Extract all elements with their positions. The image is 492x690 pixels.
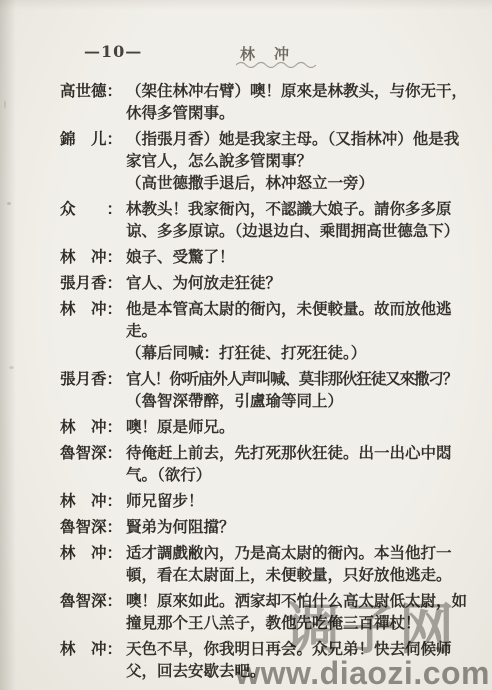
speaker-name: 張月香： (60, 272, 126, 294)
speaker-name: 魯智深： (60, 442, 126, 486)
speaker-name: 林 冲： (60, 542, 126, 586)
dialogue-lines: 娘子、受驚了！ (126, 246, 468, 268)
dialogue-line: 天色不早，你我明日再会。众兄弟！快去伺候师 (126, 638, 468, 660)
dialogue-line: （魯智深帶醉，引盧瑜等同上） (126, 390, 468, 412)
dialogue-lines: 他是本管高太尉的衙內，未便較量。故而放他逃走。（幕后同喊：打狂徒、打死狂徒。） (126, 298, 468, 364)
dialogue-line: （架住林冲右臂）噢！原來是林教头，与你无干， (126, 80, 468, 102)
scan-speck (4, 100, 6, 109)
dialogue-line: 待俺赶上前去，先打死那伙狂徒。出一出心中悶 (126, 442, 468, 464)
script-body: 高世德： （架住林冲右臂）噢！原來是林教头，与你无干，休得多管閑事。 錦 儿： … (60, 80, 468, 686)
dialogue-line: 林教头！我家衙內，不認識大娘子。請你多多原 (126, 198, 468, 220)
dialogue-entry: 林 冲： 噢！原是师兄。 (60, 416, 468, 438)
dialogue-line: （幕后同喊：打狂徒、打死狂徒。） (126, 342, 468, 364)
page-header: —10— 林 冲 (0, 40, 492, 70)
speaker-name: 魯智深： (60, 516, 126, 538)
dialogue-line: 娘子、受驚了！ (126, 246, 468, 268)
dialogue-lines: 林教头！我家衙內，不認識大娘子。請你多多原谅、多多原谅。（边退边白、乘間拥高世德… (126, 198, 468, 242)
page-edge-shadow (0, 0, 492, 10)
page-title: 林 冲 (240, 43, 291, 64)
speaker-name: 林 冲： (60, 416, 126, 438)
dialogue-line: （指張月香）她是我家主母。（又指林冲）他是我 (126, 128, 468, 150)
dialogue-lines: 噢！原來如此。洒家却不怕什么高太尉低太尉，如撞見那个王八羔子，教他先吃俺三百禪杖… (126, 590, 468, 634)
dialogue-lines: 官人！你听庙外人声叫喊、莫非那伙狂徒又來撒刁？（魯智深帶醉，引盧瑜等同上） (126, 368, 468, 412)
speaker-name: 高世德： (60, 80, 126, 124)
dialogue-lines: 官人、为何放走狂徒？ (126, 272, 468, 294)
dialogue-lines: 待俺赶上前去，先打死那伙狂徒。出一出心中悶气。（欲行） (126, 442, 468, 486)
dialogue-lines: 噢！原是师兄。 (126, 416, 468, 438)
dialogue-entry: 張月香： 官人、为何放走狂徒？ (60, 272, 468, 294)
scan-speck (9, 366, 14, 369)
speaker-name: 錦 儿： (60, 128, 126, 194)
dialogue-entry: 魯智深： 待俺赶上前去，先打死那伙狂徒。出一出心中悶气。（欲行） (60, 442, 468, 486)
dialogue-line: 父，回去安歇去吧。 (126, 660, 468, 682)
dialogue-line: 賢弟为何阻擋？ (126, 516, 468, 538)
dialogue-entry: 林 冲： 天色不早，你我明日再会。众兄弟！快去伺候师父，回去安歇去吧。 (60, 638, 468, 682)
wavy-underline-icon (236, 60, 320, 68)
speaker-name: 众 ： (60, 198, 126, 242)
speaker-name: 林 冲： (60, 298, 126, 364)
page-number: —10— (84, 42, 142, 61)
dialogue-lines: （架住林冲右臂）噢！原來是林教头，与你无干，休得多管閑事。 (126, 80, 468, 124)
dialogue-entry: 林 冲： 娘子、受驚了！ (60, 246, 468, 268)
speaker-name: 林 冲： (60, 246, 126, 268)
dialogue-lines: 賢弟为何阻擋？ (126, 516, 468, 538)
dialogue-line: 师兄留步！ (126, 490, 468, 512)
dialogue-line: 适才調戲敝內，乃是高太尉的衙內。本当他打一 (126, 542, 468, 564)
dialogue-line: 官人！你听庙外人声叫喊、莫非那伙狂徒又來撒刁？ (126, 368, 468, 390)
dialogue-line: 噢！原來如此。洒家却不怕什么高太尉低太尉，如 (126, 590, 468, 612)
dialogue-lines: 天色不早，你我明日再会。众兄弟！快去伺候师父，回去安歇去吧。 (126, 638, 468, 682)
dialogue-lines: 师兄留步！ (126, 490, 468, 512)
dialogue-entry: 林 冲： 师兄留步！ (60, 490, 468, 512)
dialogue-line: 他是本管高太尉的衙內，未便較量。故而放他逃 (126, 298, 468, 320)
dialogue-line: （高世德撒手退后，林冲怒立一旁） (126, 172, 468, 194)
dialogue-line: 谅、多多原谅。（边退边白、乘間拥高世德急下） (126, 220, 468, 242)
scan-speck (7, 202, 11, 205)
dialogue-line: 休得多管閑事。 (126, 102, 468, 124)
dialogue-entry: 林 冲： 适才調戲敝內，乃是高太尉的衙內。本当他打一頓，看在太尉面上，未便較量，… (60, 542, 468, 586)
dialogue-line: 撞見那个王八羔子，教他先吃俺三百禪杖！ (126, 612, 468, 634)
dialogue-line: 家官人，怎么說多管閑事？ (126, 150, 468, 172)
dialogue-line: 气。（欲行） (126, 464, 468, 486)
dialogue-line: 走。 (126, 320, 468, 342)
speaker-name: 張月香： (60, 368, 126, 412)
dialogue-lines: 适才調戲敝內，乃是高太尉的衙內。本当他打一頓，看在太尉面上，未便較量，只好放他逃… (126, 542, 468, 586)
dialogue-entry: 林 冲： 他是本管高太尉的衙內，未便較量。故而放他逃走。（幕后同喊：打狂徒、打死… (60, 298, 468, 364)
speaker-name: 林 冲： (60, 490, 126, 512)
dialogue-entry: 張月香： 官人！你听庙外人声叫喊、莫非那伙狂徒又來撒刁？（魯智深帶醉，引盧瑜等同… (60, 368, 468, 412)
dialogue-entry: 魯智深： 噢！原來如此。洒家却不怕什么高太尉低太尉，如撞見那个王八羔子，教他先吃… (60, 590, 468, 634)
dialogue-entry: 錦 儿： （指張月香）她是我家主母。（又指林冲）他是我家官人，怎么說多管閑事？（… (60, 128, 468, 194)
dialogue-entry: 众 ： 林教头！我家衙內，不認識大娘子。請你多多原谅、多多原谅。（边退边白、乘間… (60, 198, 468, 242)
speaker-name: 林 冲： (60, 638, 126, 682)
dialogue-entry: 高世德： （架住林冲右臂）噢！原來是林教头，与你无干，休得多管閑事。 (60, 80, 468, 124)
dialogue-line: 官人、为何放走狂徒？ (126, 272, 468, 294)
speaker-name: 魯智深： (60, 590, 126, 634)
dialogue-line: 頓，看在太尉面上，未便較量，只好放他逃走。 (126, 564, 468, 586)
dialogue-line: 噢！原是师兄。 (126, 416, 468, 438)
dialogue-lines: （指張月香）她是我家主母。（又指林冲）他是我家官人，怎么說多管閑事？（高世德撒手… (126, 128, 468, 194)
dialogue-entry: 魯智深： 賢弟为何阻擋？ (60, 516, 468, 538)
